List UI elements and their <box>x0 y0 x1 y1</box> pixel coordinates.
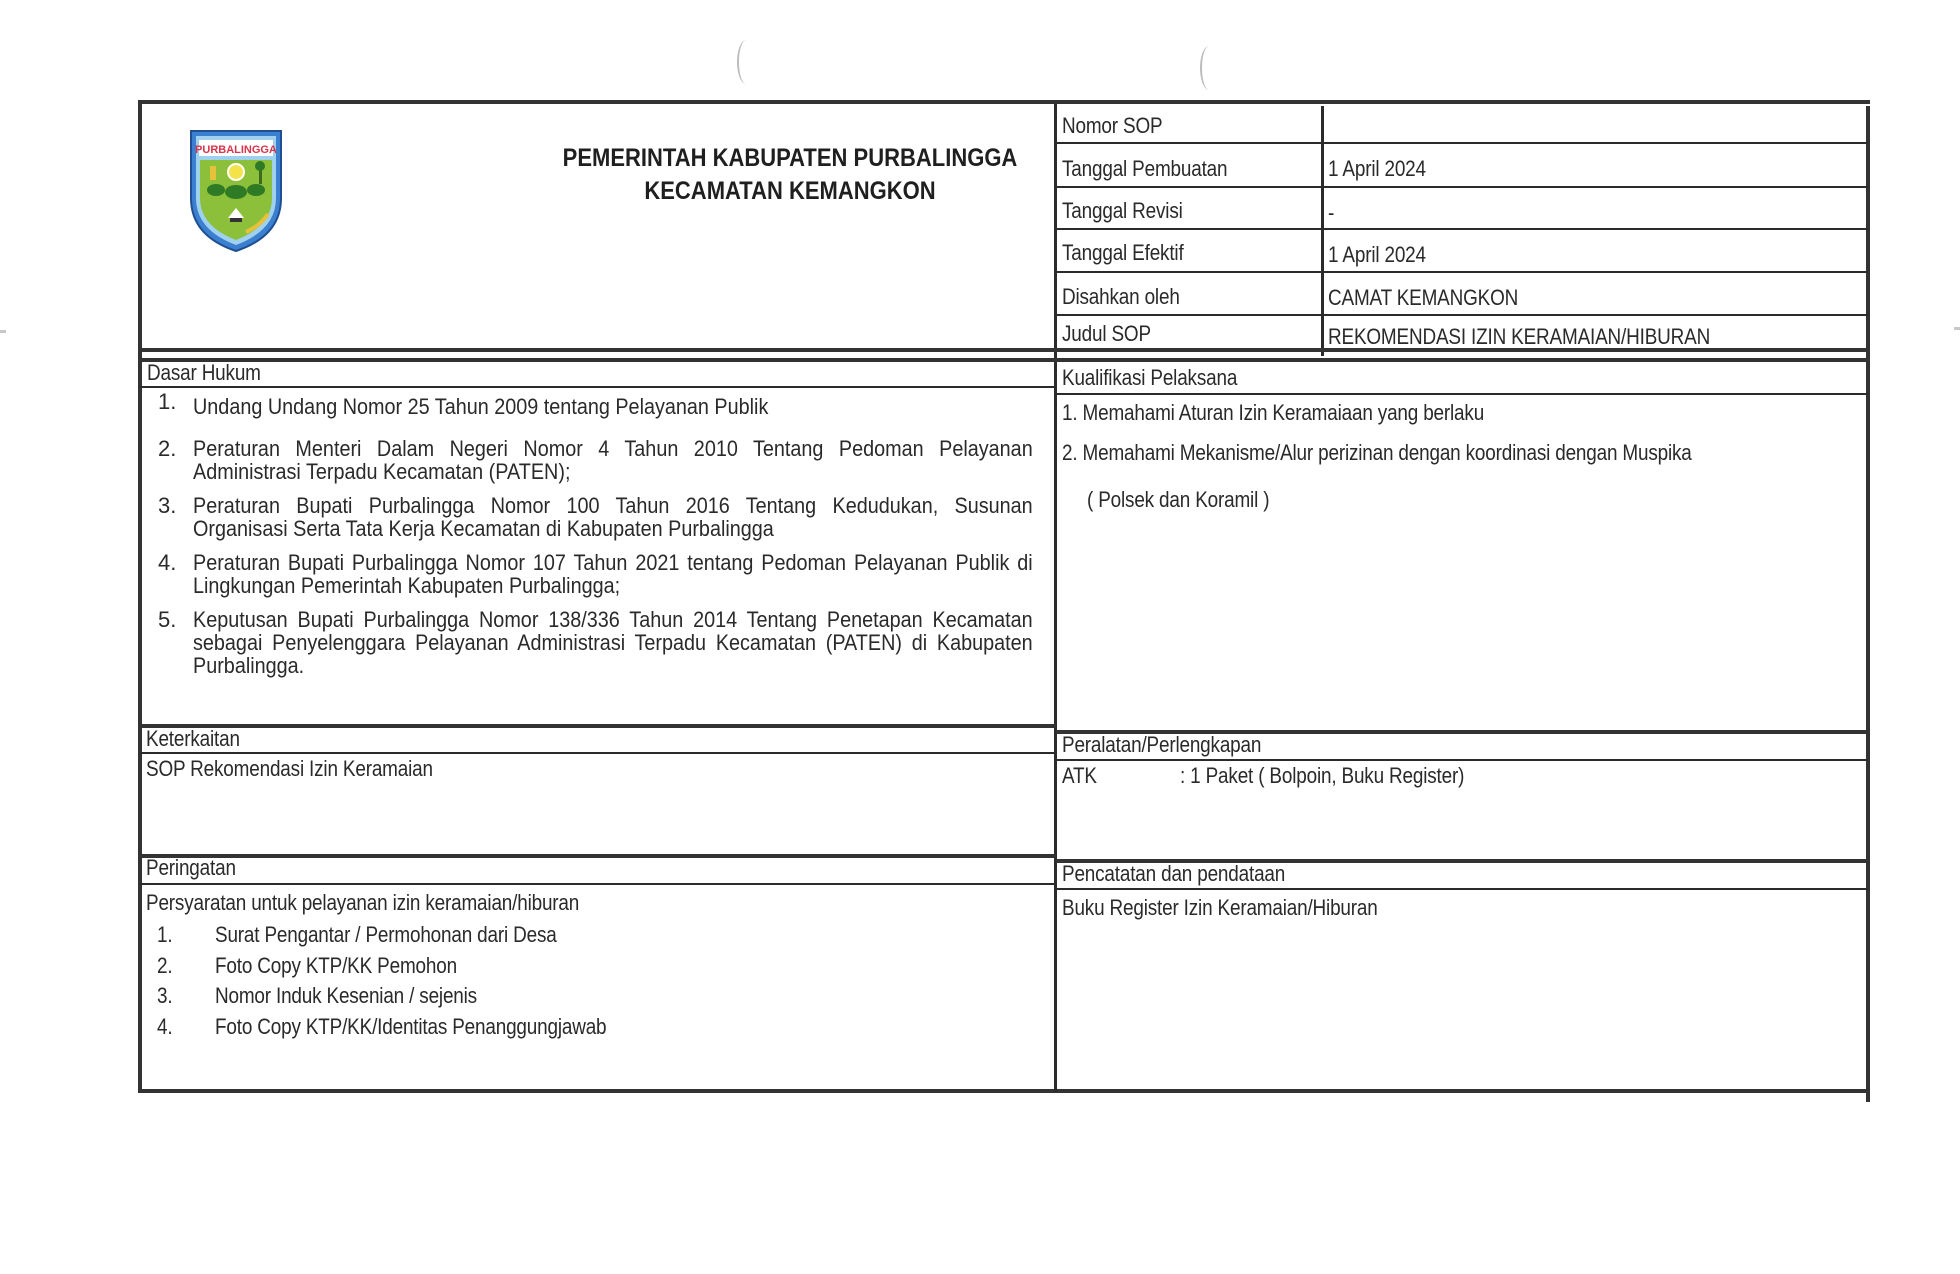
list-number: 4. <box>158 551 176 574</box>
peringatan-heading: Peringatan <box>146 855 236 881</box>
punch-hole-mark <box>1200 46 1218 90</box>
section-header-line <box>140 883 1056 885</box>
sop-info-label: Disahkan oleh <box>1062 284 1180 310</box>
sop-info-label: Tanggal Pembuatan <box>1062 156 1227 182</box>
list-number: 3. <box>157 983 172 1009</box>
section-header-line <box>140 386 1056 388</box>
row-line <box>1056 228 1868 230</box>
punch-hole-mark <box>737 40 755 84</box>
header-separator <box>140 348 1868 352</box>
section-separator <box>140 854 1056 858</box>
keterkaitan-heading: Keterkaitan <box>146 726 240 752</box>
section-header-line <box>1056 393 1868 395</box>
row-line <box>1056 271 1868 273</box>
list-item: Undang Undang Nomor 25 Tahun 2009 tentan… <box>193 395 1033 418</box>
list-number: 1. <box>157 922 172 948</box>
list-number: 2. <box>157 953 172 979</box>
column-divider <box>1054 104 1057 1092</box>
peralatan-item-label: ATK <box>1062 763 1097 789</box>
list-item: Peraturan Bupati Purbalingga Nomor 100 T… <box>193 494 1033 540</box>
list-item: Peraturan Menteri Dalam Negeri Nomor 4 T… <box>193 437 1033 483</box>
scan-edge-mark <box>1954 327 1960 330</box>
list-number: 3. <box>158 494 176 517</box>
list-item: Surat Pengantar / Permohonan dari Desa <box>215 922 557 948</box>
list-item: Keputusan Bupati Purbalingga Nomor 138/3… <box>193 608 1033 677</box>
pencatatan-text: Buku Register Izin Keramaian/Hiburan <box>1062 895 1378 921</box>
section-header-line <box>1056 888 1868 890</box>
peralatan-heading: Peralatan/Perlengkapan <box>1062 732 1261 758</box>
sop-info-value: 1 April 2024 <box>1328 156 1426 182</box>
sop-info-value: 1 April 2024 <box>1328 242 1426 268</box>
peralatan-item-value: : 1 Paket ( Bolpoin, Buku Register) <box>1180 763 1464 789</box>
frame-left <box>138 100 142 1093</box>
dasar-hukum-heading: Dasar Hukum <box>147 360 261 386</box>
sop-info-label: Nomor SOP <box>1062 113 1162 139</box>
sop-info-label: Judul SOP <box>1062 321 1151 347</box>
list-item: Peraturan Bupati Purbalingga Nomor 107 T… <box>193 551 1033 597</box>
sop-info-label: Tanggal Revisi <box>1062 198 1183 224</box>
list-number: 1. <box>158 390 176 413</box>
keterkaitan-text: SOP Rekomendasi Izin Keramaian <box>146 756 433 782</box>
sop-info-value: REKOMENDASI IZIN KERAMAIAN/HIBURAN <box>1328 324 1710 350</box>
section-separator <box>140 724 1056 728</box>
list-item: Foto Copy KTP/KK Pemohon <box>215 953 457 979</box>
list-number: 2. <box>158 437 176 460</box>
list-item: Foto Copy KTP/KK/Identitas Penanggungjaw… <box>215 1014 606 1040</box>
kualifikasi-heading: Kualifikasi Pelaksana <box>1062 365 1237 391</box>
section-header-line <box>140 752 1056 754</box>
sop-info-label: Tanggal Efektif <box>1062 240 1184 266</box>
kualifikasi-item: ( Polsek dan Koramil ) <box>1087 487 1269 513</box>
sop-info-value: - <box>1328 200 1334 226</box>
row-line <box>1056 142 1868 144</box>
header-title-line1: PEMERINTAH KABUPATEN PURBALINGGA <box>429 142 1151 174</box>
header-title-line2: KECAMATAN KEMANGKON <box>429 175 1151 207</box>
frame-bottom <box>138 1089 1870 1093</box>
frame-right <box>1866 106 1870 1102</box>
kualifikasi-item: 2. Memahami Mekanisme/Alur perizinan den… <box>1062 440 1692 466</box>
header-separator <box>140 358 1868 362</box>
list-number: 4. <box>157 1014 172 1040</box>
row-line <box>1056 186 1868 188</box>
sop-info-value: CAMAT KEMANGKON <box>1328 285 1518 311</box>
purbalingga-logo: PURBALINGGA <box>188 128 284 254</box>
pencatatan-heading: Pencatatan dan pendataan <box>1062 861 1285 887</box>
list-number: 5. <box>158 608 176 631</box>
scan-edge-mark <box>0 330 6 333</box>
coat-of-arms-icon: PURBALINGGA <box>188 128 284 254</box>
peringatan-intro: Persyaratan untuk pelayanan izin keramai… <box>146 890 579 916</box>
list-item: Nomor Induk Kesenian / sejenis <box>215 983 477 1009</box>
kualifikasi-item: 1. Memahami Aturan Izin Keramaiaan yang … <box>1062 400 1484 426</box>
frame-top <box>140 100 1870 104</box>
section-header-line <box>1056 759 1868 761</box>
svg-text:PURBALINGGA: PURBALINGGA <box>195 144 277 156</box>
row-line <box>1056 314 1868 316</box>
